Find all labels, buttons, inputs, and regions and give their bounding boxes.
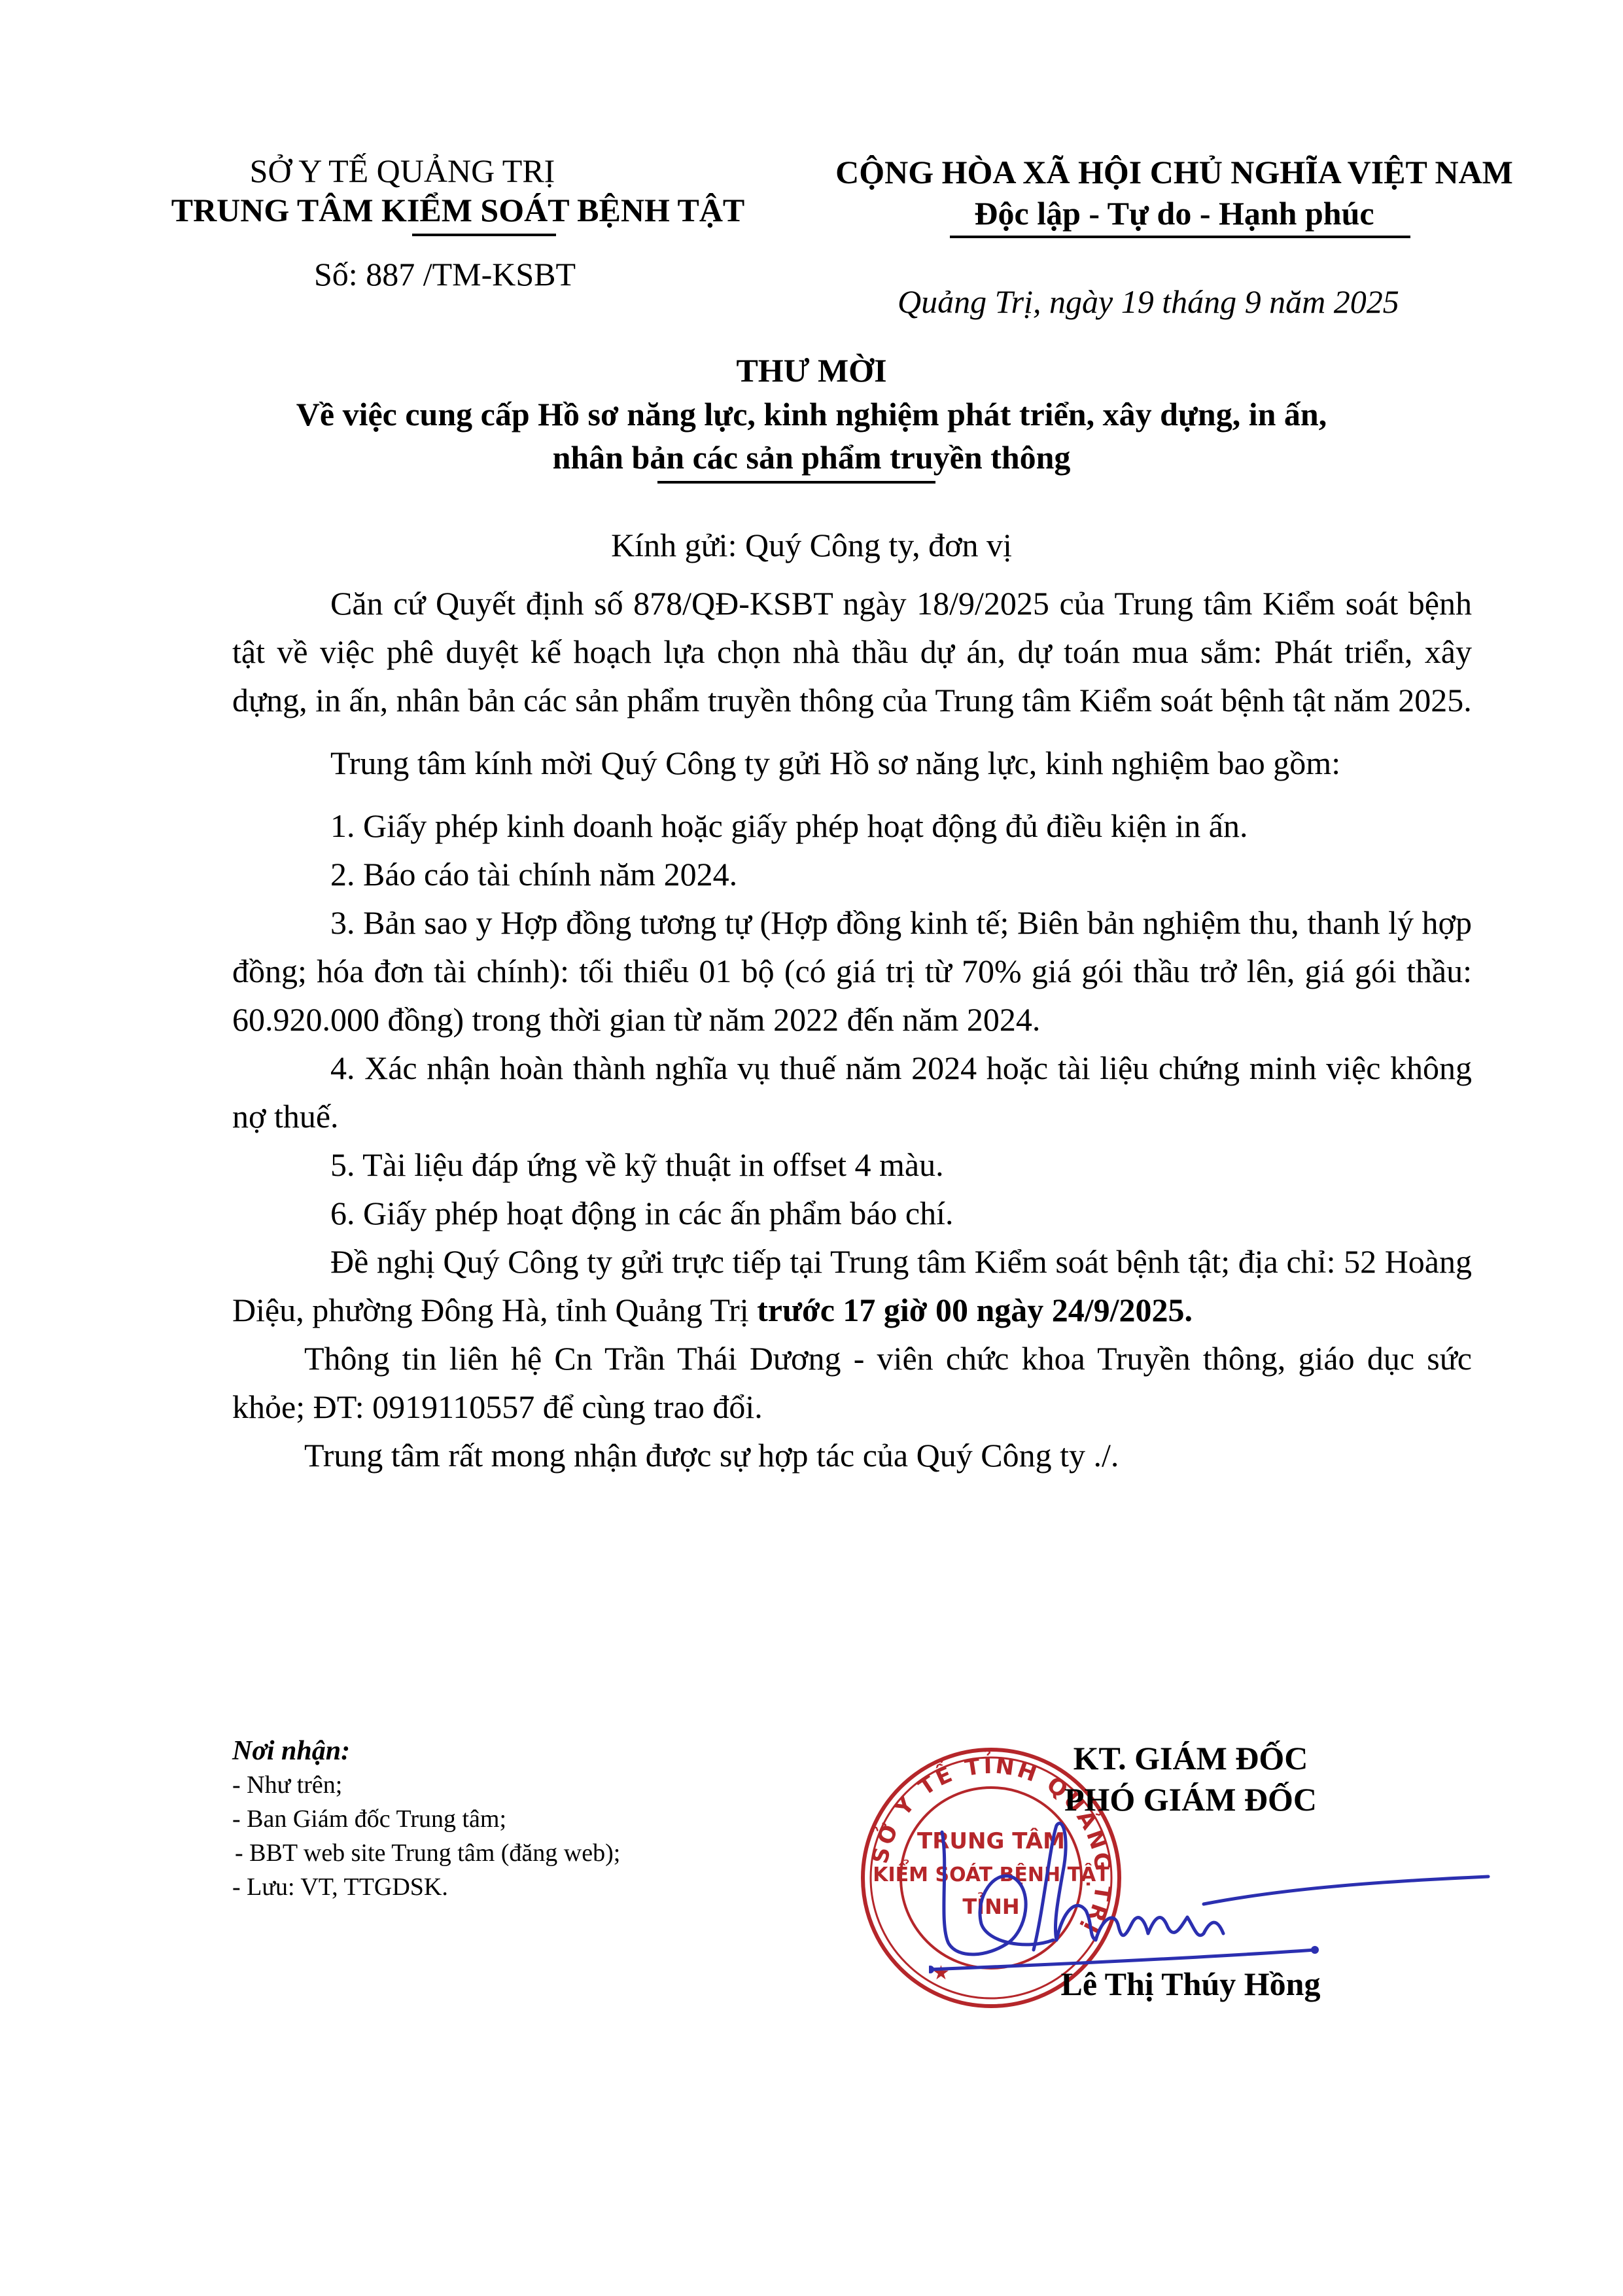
department-name: SỞ Y TẾ QUẢNG TRỊ	[150, 150, 654, 191]
place-date: Quảng Trị, ngày 19 tháng 9 năm 2025	[898, 281, 1399, 322]
submission-paragraph: Đề nghị Quý Công ty gửi trực tiếp tại Tr…	[232, 1237, 1472, 1334]
requirement-item: 5. Tài liệu đáp ứng về kỹ thuật in offse…	[232, 1140, 1472, 1189]
document-number: Số: 887 /TM-KSBT	[314, 254, 576, 294]
document-type-title: THƯ MỜI	[0, 350, 1623, 391]
requirement-item: 1. Giấy phép kinh doanh hoặc giấy phép h…	[232, 802, 1472, 850]
recipients-block: Nơi nhận: - Như trên; - Ban Giám đốc Tru…	[232, 1734, 620, 1904]
organization-underline	[412, 234, 556, 236]
signer-name: Lê Thị Thúy Hồng	[1021, 1963, 1361, 2005]
letter-body: Căn cứ Quyết định số 878/QĐ-KSBT ngày 18…	[232, 579, 1472, 1479]
recipient-item: - Như trên;	[232, 1768, 620, 1802]
requirement-item: 4. Xác nhận hoàn thành nghĩa vụ thuế năm…	[232, 1044, 1472, 1140]
recipient-item: - BBT web site Trung tâm (đăng web);	[232, 1836, 620, 1870]
national-motto: Độc lập - Tự do - Hạnh phúc	[909, 193, 1439, 234]
submission-deadline: trước 17 giờ 00 ngày 24/9/2025.	[757, 1292, 1193, 1328]
requirement-item: 2. Báo cáo tài chính năm 2024.	[232, 850, 1472, 898]
invitation-paragraph: Trung tâm kính mời Quý Công ty gửi Hồ sơ…	[232, 739, 1472, 787]
requirement-item: 3. Bản sao y Hợp đồng tương tự (Hợp đồng…	[232, 898, 1472, 1044]
subject-underline	[657, 481, 935, 484]
recipient-item: - Ban Giám đốc Trung tâm;	[232, 1802, 620, 1836]
national-title: CỘNG HÒA XÃ HỘI CHỦ NGHĨA VIỆT NAM	[778, 152, 1570, 192]
recipients-title: Nơi nhận:	[232, 1734, 620, 1768]
subject-line-2: nhân bản các sản phẩm truyền thông	[0, 437, 1623, 478]
handwritten-signature-icon	[929, 1812, 1492, 1983]
motto-underline	[950, 236, 1410, 238]
signature-on-behalf: KT. GIÁM ĐỐC	[1021, 1737, 1361, 1779]
organization-name: TRUNG TÂM KIỂM SOÁT BỆNH TẬT	[137, 190, 778, 230]
requirement-item: 6. Giấy phép hoạt động in các ấn phẩm bá…	[232, 1189, 1472, 1237]
addressee: Kính gửi: Quý Công ty, đơn vị	[0, 525, 1623, 565]
recipient-item: - Lưu: VT, TTGDSK.	[232, 1870, 620, 1904]
subject-line-1: Về việc cung cấp Hồ sơ năng lực, kinh ng…	[0, 394, 1623, 434]
contact-paragraph: Thông tin liên hệ Cn Trần Thái Dương - v…	[232, 1334, 1472, 1431]
closing-paragraph: Trung tâm rất mong nhận được sự hợp tác …	[232, 1431, 1472, 1479]
basis-paragraph: Căn cứ Quyết định số 878/QĐ-KSBT ngày 18…	[232, 579, 1472, 724]
